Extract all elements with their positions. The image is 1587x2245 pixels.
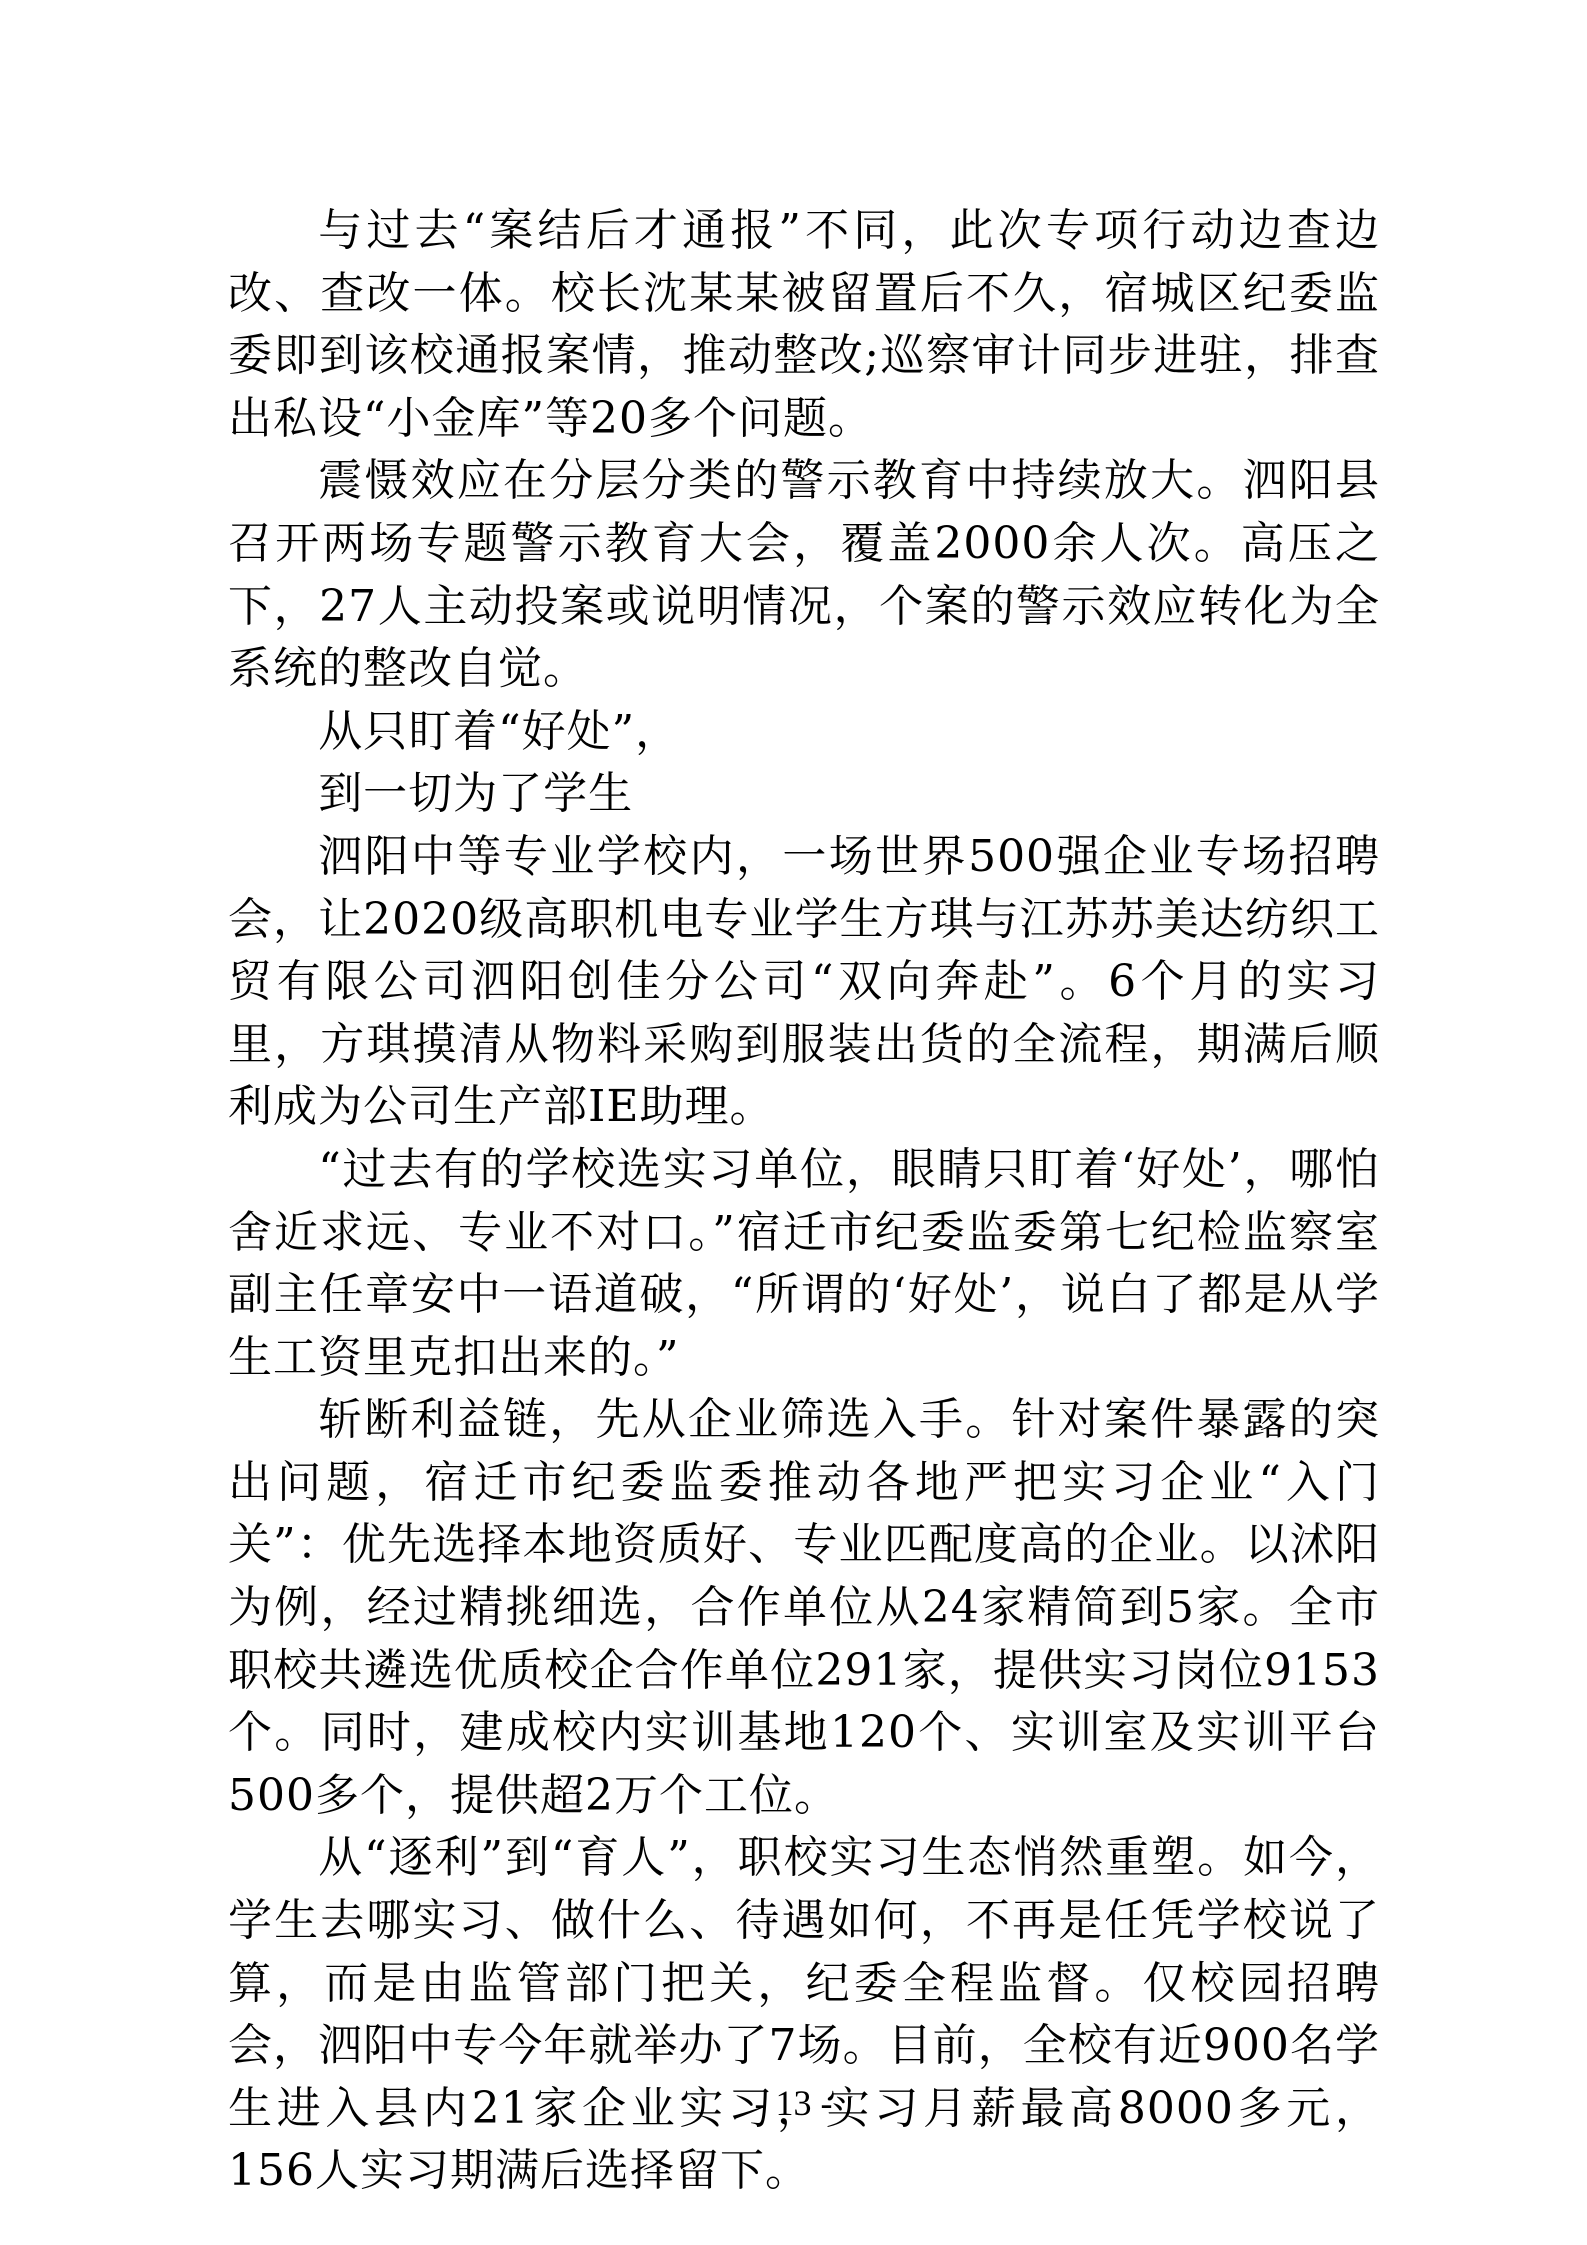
body-text: 与过去“案结后才通报”不同，此次专项行动边查边改、查改一体。校长沈某某被留置后不… bbox=[228, 200, 1380, 2203]
document-page: 与过去“案结后才通报”不同，此次专项行动边查边改、查改一体。校长沈某某被留置后不… bbox=[0, 0, 1587, 2245]
page-number: - 13 - bbox=[0, 2082, 1587, 2124]
paragraph-enterprise-screening: 斩断利益链，先从企业筛选入手。针对案件暴露的突出问题，宿迁市纪委监委推动各地严把… bbox=[228, 1389, 1380, 1827]
paragraph-job-fair: 泗阳中等专业学校内，一场世界500强企业专场招聘会，让2020级高职机电专业学生… bbox=[228, 826, 1380, 1139]
paragraph-quote: “过去有的学校选实习单位，眼睛只盯着‘好处’，哪怕舍近求远、专业不对口。”宿迁市… bbox=[228, 1139, 1380, 1389]
paragraph-warning-education: 震慑效应在分层分类的警示教育中持续放大。泗阳县召开两场专题警示教育大会，覆盖20… bbox=[228, 450, 1380, 700]
subheading-line-1: 从只盯着“好处”， bbox=[228, 701, 1380, 764]
subheading-line-2: 到一切为了学生 bbox=[228, 763, 1380, 826]
paragraph-report-during-investigation: 与过去“案结后才通报”不同，此次专项行动边查边改、查改一体。校长沈某某被留置后不… bbox=[228, 200, 1380, 450]
paragraph-ecosystem-reshaped: 从“逐利”到“育人”，职校实习生态悄然重塑。如今，学生去哪实习、做什么、待遇如何… bbox=[228, 1827, 1380, 2203]
